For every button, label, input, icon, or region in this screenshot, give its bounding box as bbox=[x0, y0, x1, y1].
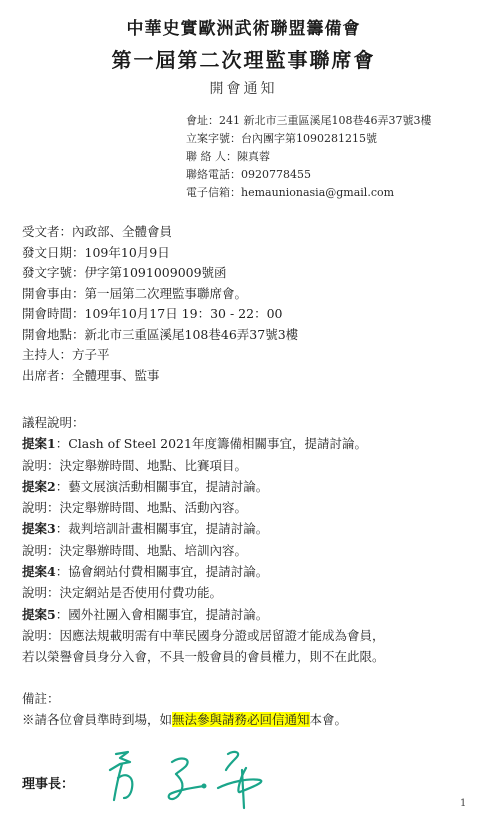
label: 發文日期 bbox=[22, 245, 72, 260]
value: 內政部、全體會員 bbox=[72, 224, 172, 239]
separator: ： bbox=[60, 368, 73, 383]
label: 聯 絡 人 bbox=[186, 150, 226, 163]
proposal-4: 提案4：協會網站付費相關事宜，提請討論。 bbox=[22, 561, 482, 582]
separator: ： bbox=[56, 564, 69, 579]
meta-issue-date: 發文日期：109年10月9日 bbox=[22, 243, 298, 264]
meta-host: 主持人：方子平 bbox=[22, 345, 298, 366]
proposal-title: 協會網站付費相關事宜，提請討論。 bbox=[68, 564, 268, 579]
note-label: 說明 bbox=[22, 585, 47, 600]
meta-reason: 開會事由：第一屆第二次理監事聯席會。 bbox=[22, 284, 298, 305]
note-label: 說明 bbox=[22, 458, 47, 473]
value: 台內團字第1090281215號 bbox=[241, 132, 377, 145]
label: 開會事由 bbox=[22, 286, 72, 301]
value: 241 新北市三重區溪尾108巷46弄37號3樓 bbox=[219, 114, 431, 127]
notes-text-before: ※請各位會員準時到場，如 bbox=[22, 712, 172, 727]
note-label: 說明 bbox=[22, 500, 47, 515]
value: 伊字第1091009009號函 bbox=[85, 265, 227, 280]
separator: ： bbox=[72, 286, 85, 301]
chairman-label: 理事長： bbox=[22, 773, 74, 792]
note-text: 決定舉辦時間、地點、活動內容。 bbox=[60, 500, 248, 515]
email-value: hemaunionasia@gmail.com bbox=[241, 186, 394, 199]
note-text: 決定舉辦時間、地點、培訓內容。 bbox=[60, 543, 248, 558]
separator: ： bbox=[47, 543, 60, 558]
org-info-phone: 聯絡電話：0920778455 bbox=[186, 166, 431, 184]
value: 陳真蓉 bbox=[237, 150, 270, 163]
label: 出席者 bbox=[22, 368, 60, 383]
value: 方子平 bbox=[72, 347, 110, 362]
meta-time: 開會時間：109年10月17日 19：30 - 22：00 bbox=[22, 304, 298, 325]
meeting-title: 第一屆第二次理監事聯席會 bbox=[0, 44, 487, 73]
separator: ： bbox=[47, 500, 60, 515]
label: 聯絡電話 bbox=[186, 168, 230, 181]
note-label: 說明 bbox=[22, 628, 47, 643]
separator: ： bbox=[56, 521, 69, 536]
proposal-4-note: 說明：決定網站是否使用付費功能。 bbox=[22, 582, 482, 603]
value: 0920778455 bbox=[241, 168, 311, 181]
separator: ： bbox=[47, 458, 60, 473]
value: 全體理事、監事 bbox=[72, 368, 160, 383]
separator: ： bbox=[56, 607, 69, 622]
label: 發文字號 bbox=[22, 265, 72, 280]
proposal-label: 提案4 bbox=[22, 564, 56, 579]
org-name: 中華史實歐洲武術聯盟籌備會 bbox=[0, 14, 487, 39]
label: 立案字號 bbox=[186, 132, 230, 145]
org-info-registration: 立案字號：台內團字第1090281215號 bbox=[186, 130, 431, 148]
label: 主持人 bbox=[22, 347, 60, 362]
separator: ： bbox=[230, 168, 241, 181]
meta-attendees: 出席者：全體理事、監事 bbox=[22, 366, 298, 387]
separator: ： bbox=[60, 224, 73, 239]
proposal-2-note: 說明：決定舉辦時間、地點、活動內容。 bbox=[22, 497, 482, 518]
proposal-5-note: 說明：因應法規載明需有中華民國身分證或居留證才能成為會員， bbox=[22, 625, 482, 646]
separator: ： bbox=[226, 150, 237, 163]
proposal-1: 提案1：Clash of Steel 2021年度籌備相關事宜，提請討論。 bbox=[22, 433, 482, 454]
notes-block: 備註： ※請各位會員準時到場，如無法參與請務必回信通知本會。 bbox=[22, 688, 347, 730]
proposal-title: Clash of Steel 2021年度籌備相關事宜，提請討論。 bbox=[68, 436, 367, 451]
label: 會址 bbox=[186, 114, 208, 127]
proposal-1-note: 說明：決定舉辦時間、地點、比賽項目。 bbox=[22, 455, 482, 476]
doc-type: 開會通知 bbox=[0, 78, 487, 98]
org-info-email: 電子信箱：hemaunionasia@gmail.com bbox=[186, 184, 431, 202]
proposal-label: 提案5 bbox=[22, 607, 56, 622]
separator: ： bbox=[230, 132, 241, 145]
agenda-heading: 議程說明： bbox=[22, 412, 482, 433]
separator: ： bbox=[208, 114, 219, 127]
label: 受文者 bbox=[22, 224, 60, 239]
note-text: 決定網站是否使用付費功能。 bbox=[60, 585, 223, 600]
proposal-title: 國外社團入會相關事宜，提請討論。 bbox=[68, 607, 268, 622]
signature-image bbox=[100, 748, 290, 810]
value: 109年10月17日 19：30 - 22：00 bbox=[85, 306, 283, 321]
separator: ： bbox=[56, 436, 69, 451]
separator: ： bbox=[56, 479, 69, 494]
value: 第一屆第二次理監事聯席會。 bbox=[85, 286, 248, 301]
separator: ： bbox=[60, 347, 73, 362]
highlighted-text: 無法參與請務必回信通知 bbox=[172, 712, 310, 727]
proposal-3: 提案3：裁判培訓計畫相關事宜，提請討論。 bbox=[22, 518, 482, 539]
meta-recipient: 受文者：內政部、全體會員 bbox=[22, 222, 298, 243]
proposal-label: 提案3 bbox=[22, 521, 56, 536]
separator: ： bbox=[72, 327, 85, 342]
meta-doc-number: 發文字號：伊字第1091009009號函 bbox=[22, 263, 298, 284]
value: 109年10月9日 bbox=[85, 245, 170, 260]
meta-location: 開會地點：新北市三重區溪尾108巷46弄37號3樓 bbox=[22, 325, 298, 346]
org-info-address: 會址：241 新北市三重區溪尾108巷46弄37號3樓 bbox=[186, 112, 431, 130]
proposal-label: 提案1 bbox=[22, 436, 56, 451]
separator: ： bbox=[230, 186, 241, 199]
proposal-2: 提案2：藝文展演活動相關事宜，提請討論。 bbox=[22, 476, 482, 497]
notes-text: ※請各位會員準時到場，如無法參與請務必回信通知本會。 bbox=[22, 709, 347, 730]
label: 開會地點 bbox=[22, 327, 72, 342]
separator: ： bbox=[47, 628, 60, 643]
separator: ： bbox=[72, 265, 85, 280]
note-label: 說明 bbox=[22, 543, 47, 558]
separator: ： bbox=[72, 245, 85, 260]
page-number: 1 bbox=[460, 798, 466, 809]
meeting-meta-block: 受文者：內政部、全體會員 發文日期：109年10月9日 發文字號：伊字第1091… bbox=[22, 222, 298, 386]
note-text: 決定舉辦時間、地點、比賽項目。 bbox=[60, 458, 248, 473]
agenda-block: 議程說明： 提案1：Clash of Steel 2021年度籌備相關事宜，提請… bbox=[22, 412, 482, 668]
proposal-label: 提案2 bbox=[22, 479, 56, 494]
org-info-block: 會址：241 新北市三重區溪尾108巷46弄37號3樓 立案字號：台內團字第10… bbox=[186, 112, 431, 202]
label: 開會時間 bbox=[22, 306, 72, 321]
org-info-contact: 聯 絡 人：陳真蓉 bbox=[186, 148, 431, 166]
notes-text-after: 本會。 bbox=[310, 712, 348, 727]
proposal-5-note-cont: 若以榮譽會員身分入會，不具一般會員的會員權力，則不在此限。 bbox=[22, 646, 482, 667]
notes-heading: 備註： bbox=[22, 688, 347, 709]
proposal-title: 藝文展演活動相關事宜，提請討論。 bbox=[68, 479, 268, 494]
label: 電子信箱 bbox=[186, 186, 230, 199]
separator: ： bbox=[72, 306, 85, 321]
separator: ： bbox=[47, 585, 60, 600]
proposal-5: 提案5：國外社團入會相關事宜，提請討論。 bbox=[22, 604, 482, 625]
value: 新北市三重區溪尾108巷46弄37號3樓 bbox=[85, 327, 299, 342]
proposal-title: 裁判培訓計畫相關事宜，提請討論。 bbox=[68, 521, 268, 536]
note-text: 因應法規載明需有中華民國身分證或居留證才能成為會員， bbox=[60, 628, 385, 643]
proposal-3-note: 說明：決定舉辦時間、地點、培訓內容。 bbox=[22, 540, 482, 561]
